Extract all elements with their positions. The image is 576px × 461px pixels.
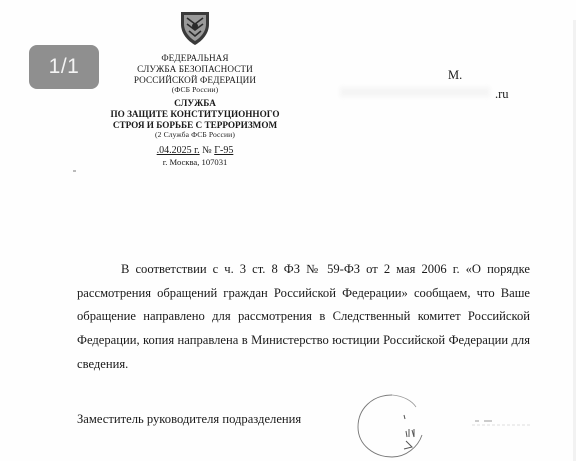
addressee-name: М.: [448, 68, 462, 82]
org-abbrev: (ФСБ России): [85, 85, 305, 95]
redacted-email: [340, 87, 490, 97]
org-name-line-3: РОССИЙСКОЙ ФЕДЕРАЦИИ: [85, 75, 305, 86]
redacted-signer-name: [470, 418, 535, 426]
letter-body: В соответствии с ч. 3 ст. 8 ФЗ № 59-ФЗ о…: [77, 258, 530, 377]
reference-line: .04.2025 г. № Г-95: [85, 144, 305, 157]
dept-name-line-3: СТРОЯ И БОРЬБЕ С ТЕРРОРИЗМОМ: [85, 120, 305, 131]
scan-artifact: [73, 170, 76, 172]
ref-date: .04.2025 г.: [157, 145, 200, 156]
dept-abbrev: (2 Служба ФСБ России): [85, 130, 305, 140]
dept-name-line-1: СЛУЖБА: [85, 98, 305, 109]
org-name-line-1: ФЕДЕРАЛЬНАЯ: [85, 53, 305, 64]
ref-number: Г-95: [214, 145, 233, 156]
body-paragraph: В соответствии с ч. 3 ст. 8 ФЗ № 59-ФЗ о…: [77, 262, 530, 371]
city-address: г. Москва, 107031: [85, 157, 305, 168]
letterhead: ФЕДЕРАЛЬНАЯ СЛУЖБА БЕЗОПАСНОСТИ РОССИЙСК…: [85, 10, 305, 168]
signer-position: Заместитель руководителя подразделения: [77, 412, 301, 427]
dept-name-line-2: ПО ЗАЩИТЕ КОНСТИТУЦИОННОГО: [85, 109, 305, 120]
ref-no-label: №: [202, 145, 212, 156]
document-page: 1/1 ФЕДЕРАЛЬНАЯ СЛУЖБА БЕЗОПАСНОСТИ РОСС…: [0, 0, 576, 461]
org-name-line-2: СЛУЖБА БЕЗОПАСНОСТИ: [85, 64, 305, 75]
addressee-email-suffix: .ru: [495, 87, 509, 101]
fsb-emblem-icon: [178, 10, 212, 46]
signature-scribble-icon: [352, 391, 432, 461]
